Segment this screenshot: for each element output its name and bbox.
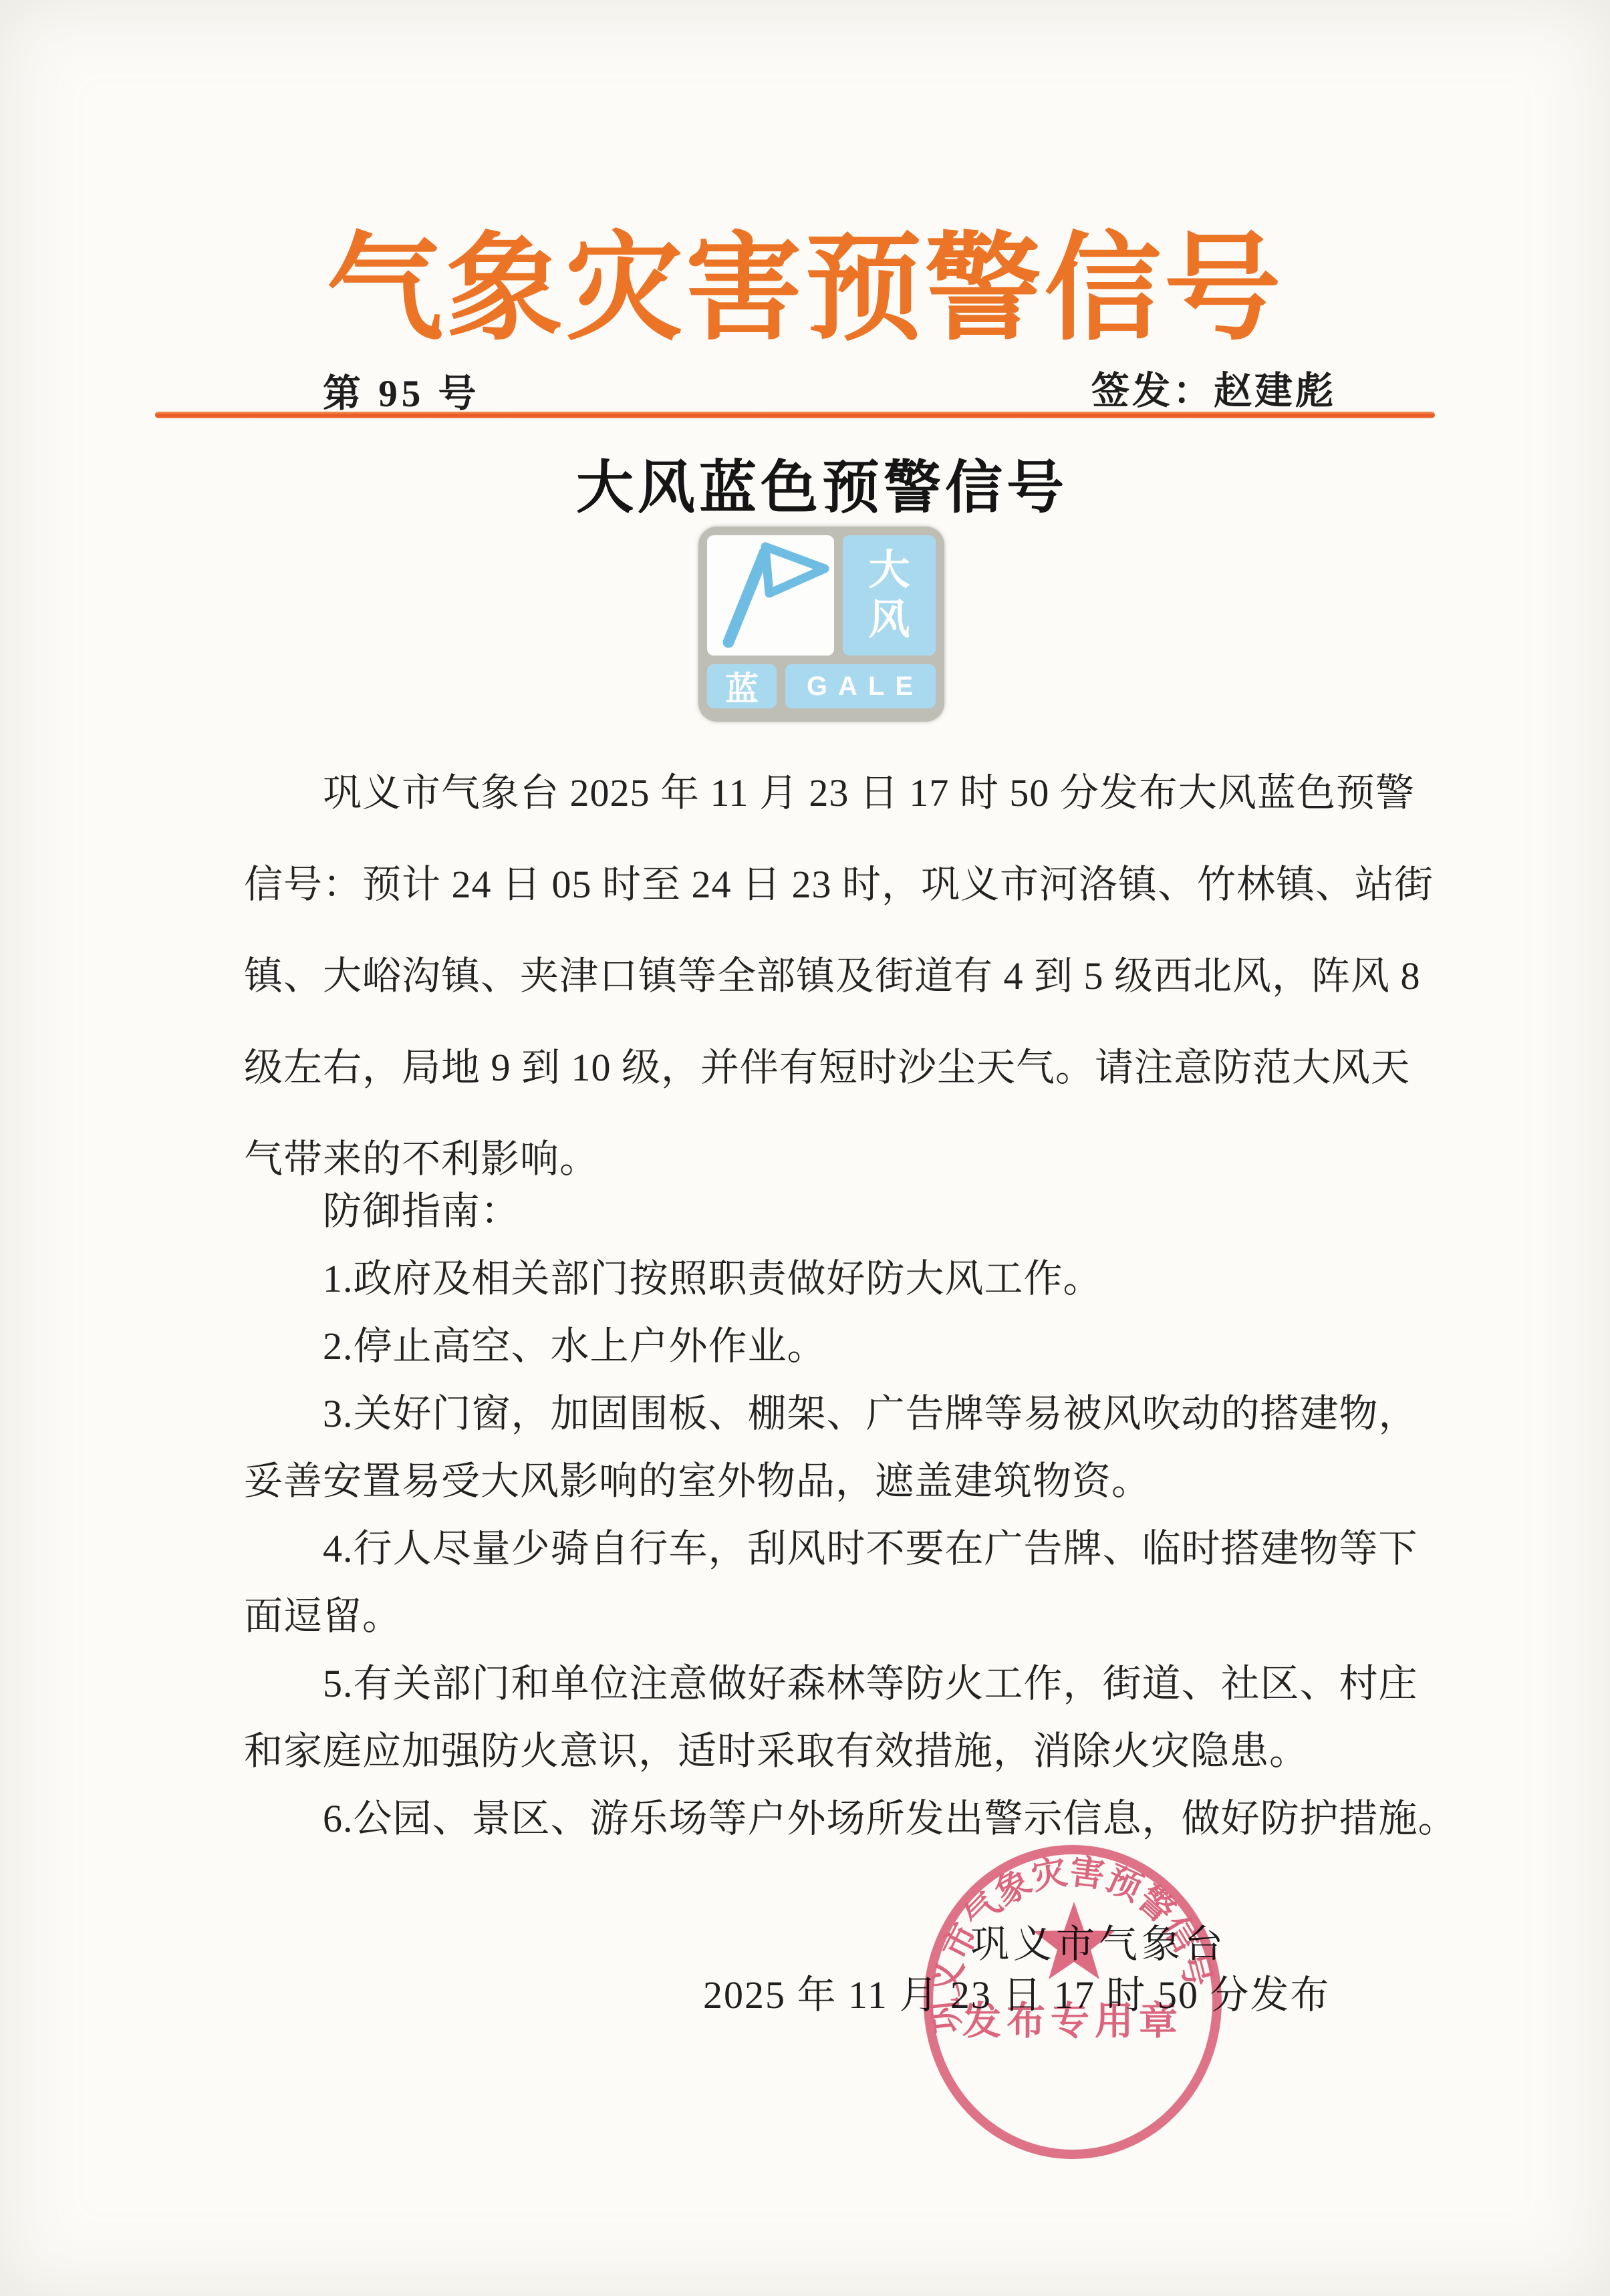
divider-rule <box>155 412 1435 418</box>
seal-label: 发布专用章 <box>962 1999 1183 2043</box>
sign-main-char-1: 大 <box>868 546 910 595</box>
gale-warning-sign: 大 风 蓝 GALE <box>698 527 944 722</box>
guide-line: 5.有关部门和单位注意做好森林等防火工作，街道、社区、村庄 <box>244 1650 1420 1717</box>
guide-line: 6.公园、景区、游乐场等户外场所发出警示信息，做好防护措施。 <box>244 1785 1420 1852</box>
wind-flag-icon <box>707 535 834 656</box>
sign-top-row: 大 风 <box>707 535 936 656</box>
guide-line: 面逗留。 <box>244 1582 1420 1650</box>
guide-line: 1.政府及相关部门按照职责做好防大风工作。 <box>244 1245 1420 1312</box>
signer-name: 签发：赵建彪 <box>1091 360 1336 415</box>
body-line: 级左右，局地 9 到 10 级，并伴有短时沙尘天气。请注意防范大风天 <box>244 1022 1420 1113</box>
guide-line: 和家庭应加强防火意识，适时采取有效措施，消除火灾隐患。 <box>244 1717 1420 1785</box>
sign-bottom-row: 蓝 GALE <box>707 664 936 708</box>
guide-line: 2.停止高空、水上户外作业。 <box>244 1312 1420 1380</box>
body-line: 镇、大峪沟镇、夹津口镇等全部镇及街道有 4 到 5 级西北风，阵风 8 <box>244 930 1420 1022</box>
guide-line: 4.行人尽量少骑自行车，刮风时不要在广告牌、临时搭建物等下 <box>244 1515 1420 1582</box>
defense-guidelines: 防御指南： 1.政府及相关部门按照职责做好防大风工作。 2.停止高空、水上户外作… <box>244 1177 1420 1852</box>
seal-star-icon <box>1033 1902 1115 1979</box>
sign-level-label: 蓝 <box>707 664 777 708</box>
body-line: 巩义市气象台 2025 年 11 月 23 日 17 时 50 分发布大风蓝色预… <box>244 747 1420 839</box>
issue-number: 第 95 号 <box>323 363 481 418</box>
guide-line: 防御指南： <box>244 1177 1420 1245</box>
sign-main-label: 大 风 <box>843 535 936 656</box>
sign-en-label: GALE <box>785 664 936 708</box>
sign-main-char-2: 风 <box>868 595 910 645</box>
body-line: 信号：预计 24 日 05 时至 24 日 23 时，巩义市河洛镇、竹林镇、站街 <box>244 839 1420 930</box>
document-title: 气象灾害预警信号 <box>0 195 1610 363</box>
scanned-warning-document: 气象灾害预警信号 第 95 号 签发：赵建彪 大风蓝色预警信号 大 风 蓝 GA… <box>0 0 1610 2296</box>
guide-line: 妥善安置易受大风影响的室外物品，遮盖建筑物资。 <box>244 1447 1420 1515</box>
warning-body: 巩义市气象台 2025 年 11 月 23 日 17 时 50 分发布大风蓝色预… <box>244 747 1420 1205</box>
guide-line: 3.关好门窗，加固围板、棚架、广告牌等易被风吹动的搭建物， <box>244 1380 1420 1447</box>
official-seal: 巩义市气象灾害预警信号 发布专用章 <box>917 1839 1231 2165</box>
sign-flag-cell <box>707 535 834 656</box>
warning-heading: 大风蓝色预警信号 <box>0 441 1610 524</box>
